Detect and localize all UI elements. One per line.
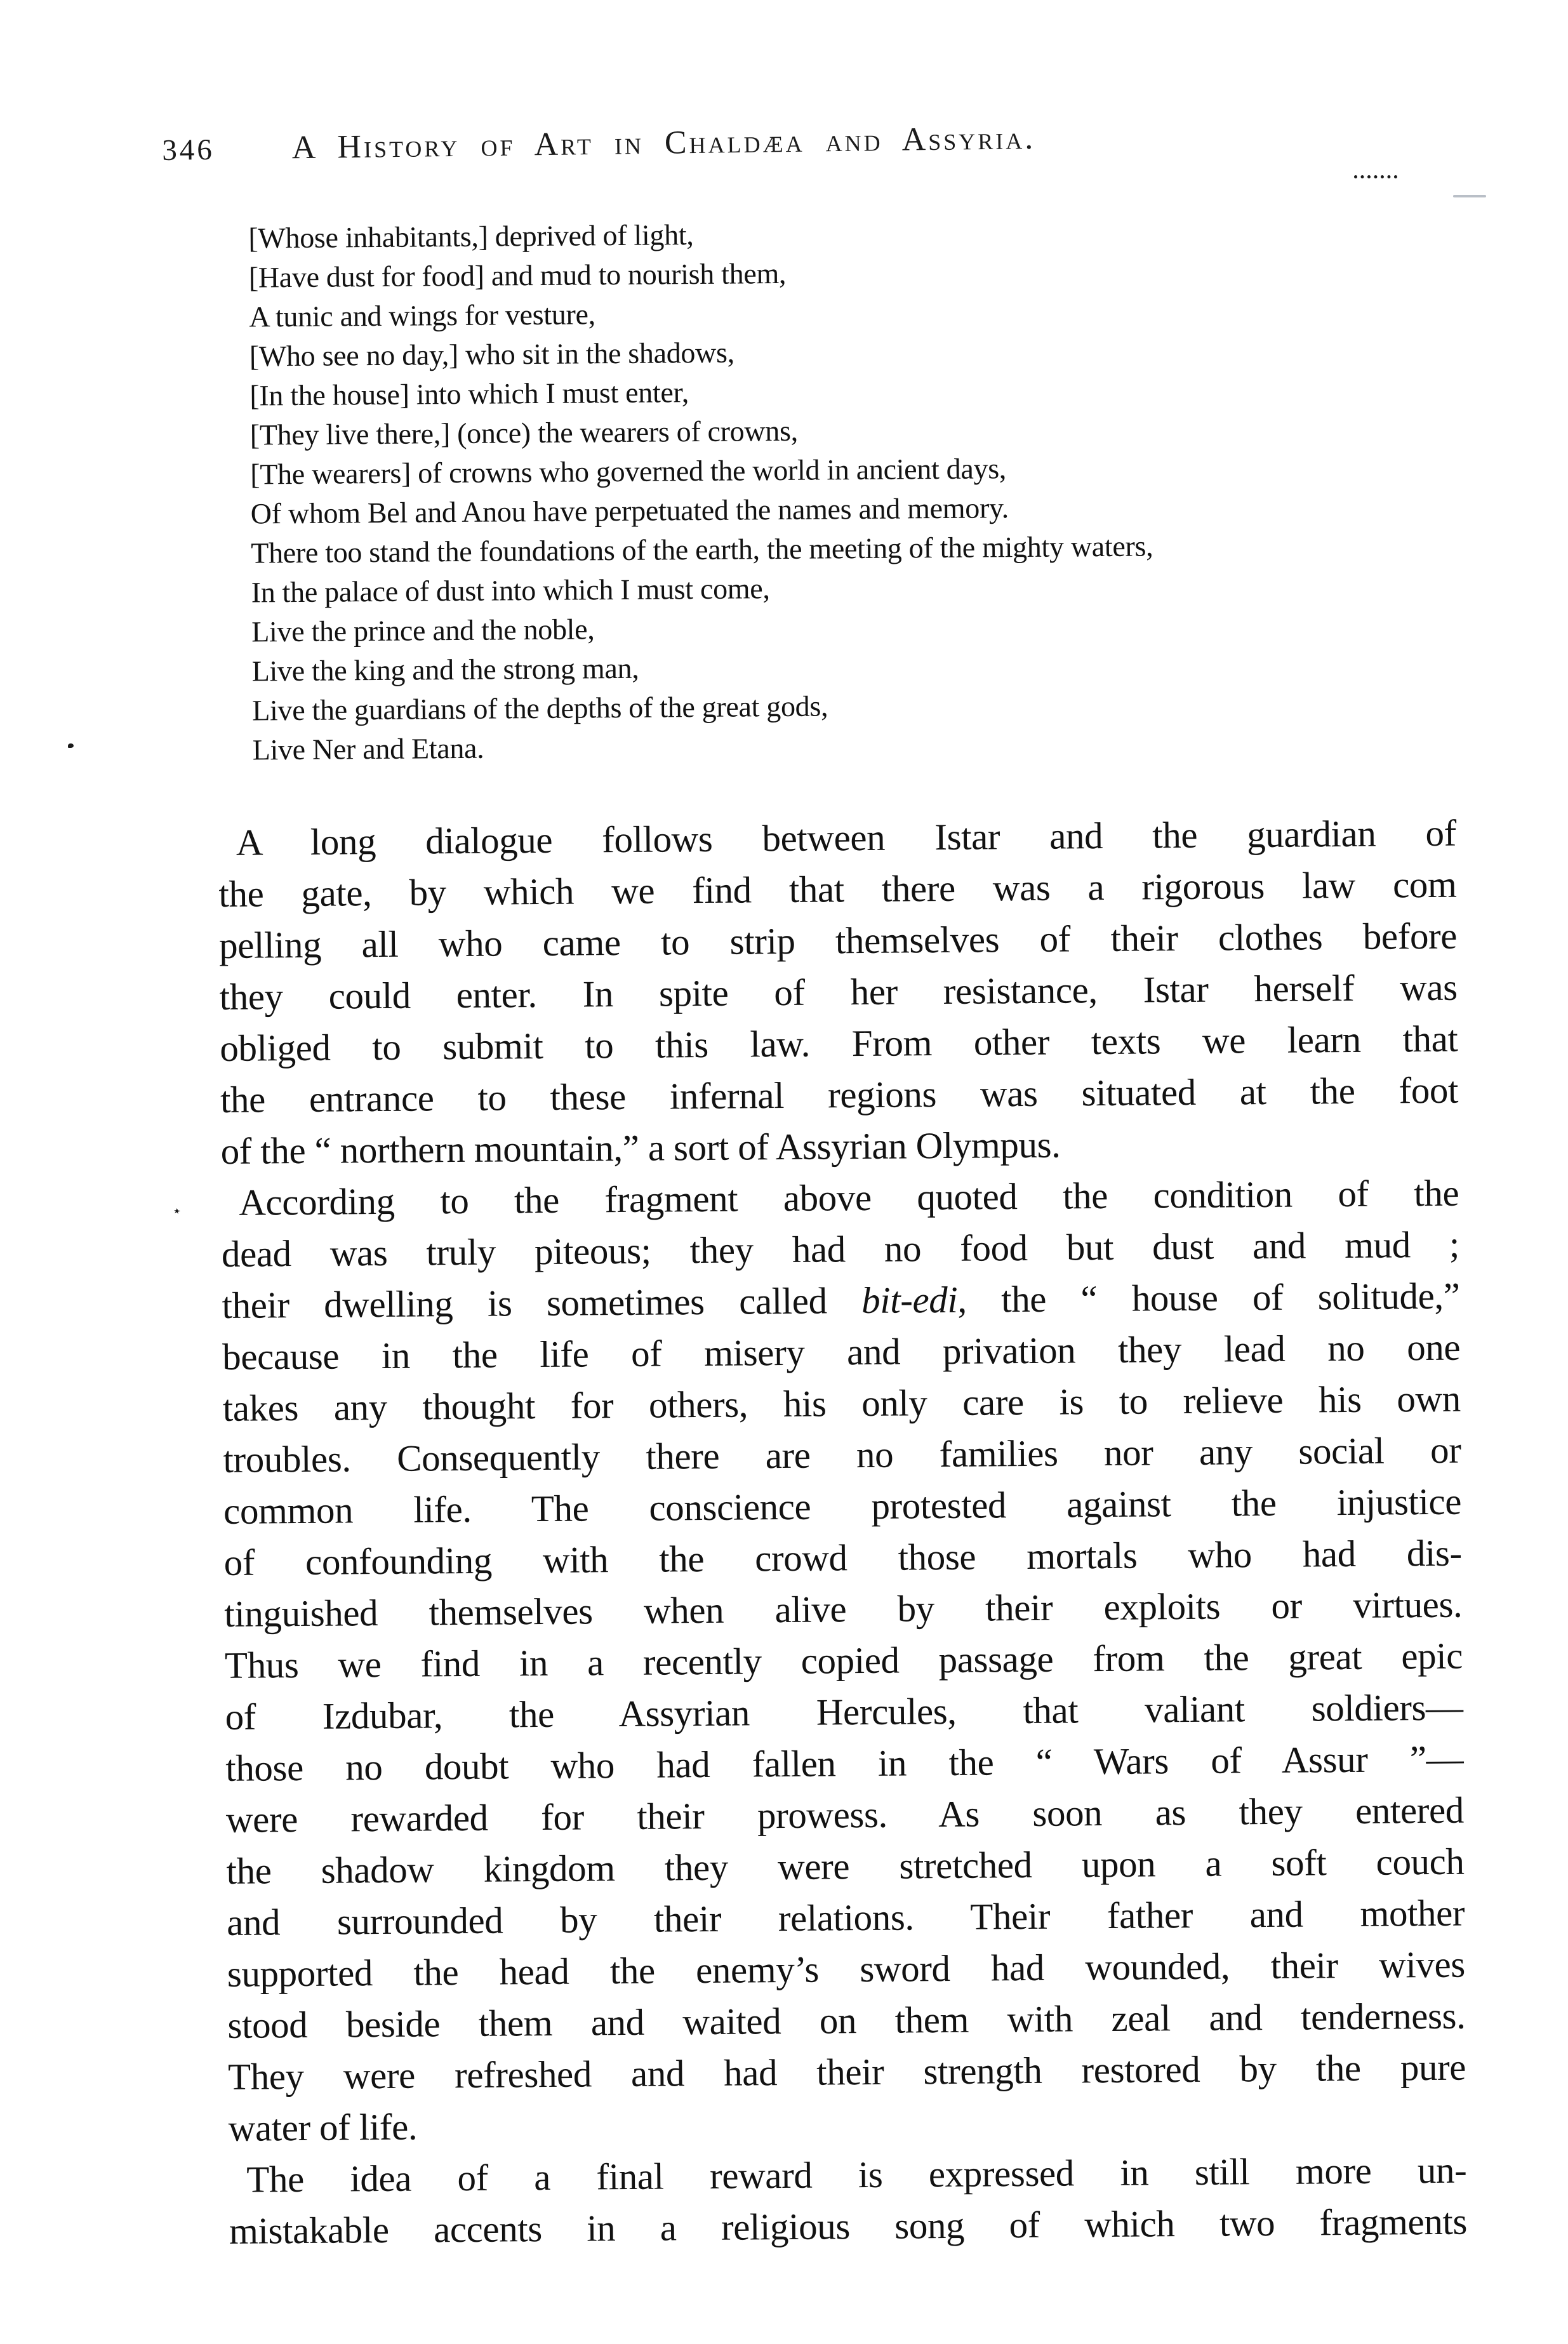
text-line: They were refreshed and had their streng… <box>228 2042 1466 2103</box>
text-line: the entrance to these infernal regions w… <box>220 1065 1459 1126</box>
text-line: The idea of a final reward is expressed … <box>229 2145 1467 2206</box>
text-line: Thus we find in a recently copied passag… <box>225 1630 1463 1691</box>
italic-term: bit-edi <box>861 1279 958 1321</box>
page-title: A History of Art in Chaldæa and Assyria. <box>291 119 1035 166</box>
page-number: 346 <box>162 133 215 168</box>
text-line: takes any thought for others, his only c… <box>223 1373 1461 1434</box>
text-line: and surrounded by their relations. Their… <box>227 1888 1465 1948</box>
text-line: tinguished themselves when alive by thei… <box>224 1579 1463 1640</box>
text-line: According to the fragment above quoted t… <box>221 1168 1459 1229</box>
text-line: their dwelling is sometimes called bit-e… <box>222 1270 1460 1331</box>
paragraph: The idea of a final reward is expressed … <box>229 2145 1467 2257</box>
book-page: 346 A History of Art in Chaldæa and Assy… <box>0 0 1568 2344</box>
page-content: 346 A History of Art in Chaldæa and Assy… <box>213 117 1467 2257</box>
text-line: pelling all who came to strip themselves… <box>219 910 1458 971</box>
text-line: A long dialogue follows between Istar an… <box>218 808 1457 869</box>
text-line: of the “ northern mountain,” a sort of A… <box>220 1116 1459 1177</box>
paragraph: A long dialogue follows between Istar an… <box>218 808 1459 1177</box>
text-line: of Izdubar, the Assyrian Hercules, that … <box>225 1682 1463 1743</box>
text-line: mistakable accents in a religious song o… <box>229 2196 1468 2257</box>
ink-speck <box>174 1208 180 1214</box>
verse-block: [Whose inhabitants,] deprived of light,[… <box>248 210 1459 770</box>
running-header: 346 A History of Art in Chaldæa and Assy… <box>162 114 1451 168</box>
text-line: water of life. <box>228 2093 1466 2154</box>
scan-dash-artifact <box>1453 195 1486 197</box>
text-line: common life. The conscience protested ag… <box>223 1476 1462 1537</box>
text-line: they could enter. In spite of her resist… <box>219 962 1458 1023</box>
text-line: supported the head the enemy’s sword had… <box>227 1939 1466 2000</box>
text-line: dead was truly piteous; they had no food… <box>222 1219 1460 1280</box>
text-line: troubles. Consequently there are no fami… <box>223 1425 1461 1486</box>
text-line: were rewarded for their prowess. As soon… <box>226 1785 1465 1846</box>
text-line: because in the life of misery and privat… <box>222 1322 1461 1383</box>
text-line: the shadow kingdom they were stretched u… <box>226 1836 1465 1897</box>
text-line: stood beside them and waited on them wit… <box>227 1990 1466 2051</box>
paragraph: According to the fragment above quoted t… <box>221 1168 1466 2154</box>
text-line: of confounding with the crowd those mort… <box>223 1528 1462 1588</box>
text-line: the gate, by which we find that there wa… <box>218 859 1457 920</box>
ink-speck <box>68 743 74 748</box>
text-line: those no doubt who had fallen in the “ W… <box>225 1733 1464 1794</box>
text-line: obliged to submit to this law. From othe… <box>220 1013 1458 1074</box>
body-text: A long dialogue follows between Istar an… <box>218 808 1468 2257</box>
